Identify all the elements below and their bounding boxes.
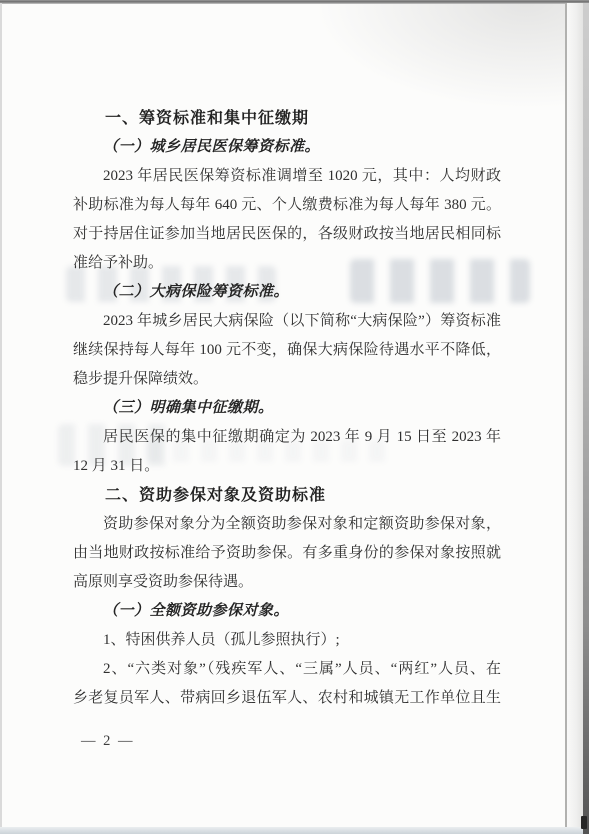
list-item: 2、“六类对象”（残疾军人、“三属”人员、“两红”人员、在乡老复员军人、带病回乡… — [73, 655, 501, 713]
scanner-edge-top — [0, 0, 589, 4]
text-line: 居民医保的集中征缴期确定为 2023 年 9 月 15 日至 2023 年 — [73, 423, 501, 452]
text-line: 高原则享受资助参保待遇。 — [73, 568, 501, 597]
subsection-heading: （一）城乡居民医保筹资标准。 — [73, 133, 501, 162]
subsection-heading: （一）全额资助参保对象。 — [73, 597, 501, 626]
text-line: 准给予补助。 — [73, 249, 501, 278]
text-line: 12 月 31 日。 — [73, 452, 501, 481]
list-item: 1、特困供养人员（孤儿参照执行）; — [73, 626, 501, 655]
page-right-edge-shadow — [565, 3, 583, 828]
text-line: 稳步提升保障绩效。 — [73, 365, 501, 394]
text-line: （一）全额资助参保对象。 — [73, 597, 501, 626]
text-line: 二、资助参保对象及资助标准 — [73, 481, 501, 510]
text-line: 1、特困供养人员（孤儿参照执行）; — [73, 626, 501, 655]
text-line: （一）城乡居民医保筹资标准。 — [73, 133, 501, 162]
text-line: 2023 年居民医保筹资标准调增至 1020 元，其中：人均财政 — [73, 162, 501, 191]
scanner-corner-mark — [581, 816, 587, 829]
text-line: （二）大病保险筹资标准。 — [73, 278, 501, 307]
scanned-document-page: 一、筹资标准和集中征缴期（一）城乡居民医保筹资标准。2023 年居民医保筹资标准… — [0, 0, 589, 834]
text-line: 资助参保对象分为全额资助参保对象和定额资助参保对象， — [73, 510, 501, 539]
scanner-edge-right — [583, 3, 589, 834]
text-line: 由当地财政按标准给予资助参保。有多重身份的参保对象按照就 — [73, 539, 501, 568]
text-line: （三）明确集中征缴期。 — [73, 394, 501, 423]
text-line: 对于持居住证参加当地居民医保的，各级财政按当地居民相同标 — [73, 220, 501, 249]
body-paragraph: 2023 年居民医保筹资标准调增至 1020 元，其中：人均财政补助标准为每人每… — [73, 162, 501, 278]
subsection-heading: （二）大病保险筹资标准。 — [73, 278, 501, 307]
subsection-heading: （三）明确集中征缴期。 — [73, 394, 501, 423]
document-body: 一、筹资标准和集中征缴期（一）城乡居民医保筹资标准。2023 年居民医保筹资标准… — [73, 104, 501, 713]
text-line: 乡老复员军人、带病回乡退伍军人、农村和城镇无工作单位且生 — [73, 684, 501, 713]
page-number: — 2 — — [81, 733, 135, 750]
body-paragraph: 2023 年城乡居民大病保险（以下简称“大病保险”）筹资标准继续保持每人每年 1… — [73, 307, 501, 394]
body-paragraph: 资助参保对象分为全额资助参保对象和定额资助参保对象，由当地财政按标准给予资助参保… — [73, 510, 501, 597]
section-heading: 二、资助参保对象及资助标准 — [73, 481, 501, 510]
body-paragraph: 居民医保的集中征缴期确定为 2023 年 9 月 15 日至 2023 年12 … — [73, 423, 501, 481]
scanner-edge-bottom — [0, 827, 583, 834]
section-heading: 一、筹资标准和集中征缴期 — [73, 104, 501, 133]
text-line: 2、“六类对象”（残疾军人、“三属”人员、“两红”人员、在 — [73, 655, 501, 684]
scanner-edge-left — [0, 3, 2, 827]
text-line: 补助标准为每人每年 640 元、个人缴费标准为每人每年 380 元。 — [73, 191, 501, 220]
text-line: 2023 年城乡居民大病保险（以下简称“大病保险”）筹资标准 — [73, 307, 501, 336]
text-line: 一、筹资标准和集中征缴期 — [73, 104, 501, 133]
page-curl-shadow — [297, 3, 567, 118]
text-line: 继续保持每人每年 100 元不变，确保大病保险待遇水平不降低， — [73, 336, 501, 365]
